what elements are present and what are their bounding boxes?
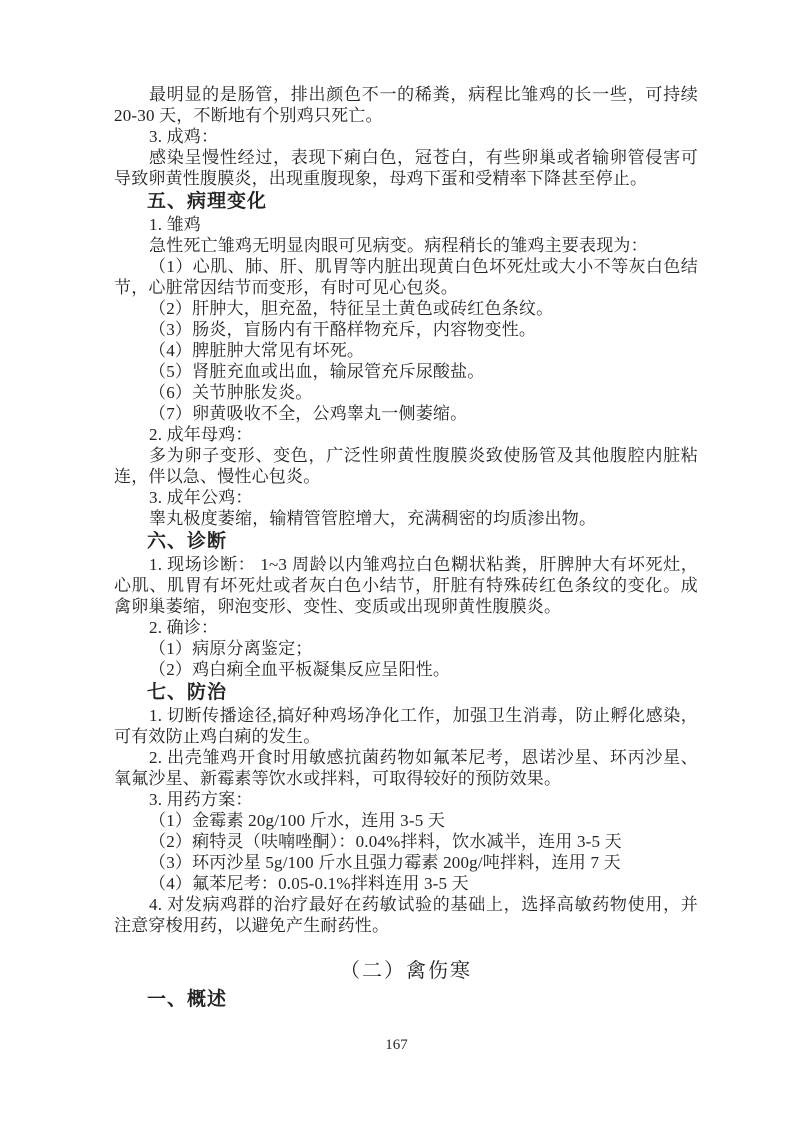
paragraph: 1. 切断传播途径,搞好种鸡场净化工作，加强卫生消毒，防止孵化感染，可有效防止鸡…	[114, 705, 698, 747]
paragraph: （2）鸡白痢全血平板凝集反应呈阳性。	[114, 659, 698, 680]
paragraph: （4）氟苯尼考：0.05-0.1%拌料连用 3-5 天	[114, 873, 698, 894]
document-page: 最明显的是肠管，排出颜色不一的稀粪，病程比雏鸡的长一些，可持续 20-30 天，…	[0, 0, 793, 1122]
page-number: 167	[0, 1036, 793, 1054]
paragraph: （3）肠炎，盲肠内有干酪样物充斥，内容物变性。	[114, 319, 698, 340]
section-heading: 一、概述	[114, 987, 698, 1012]
paragraph: 多为卵子变形、变色，广泛性卵黄性腹膜炎致使肠管及其他腹腔内脏粘连，伴以急、慢性心…	[114, 445, 698, 487]
paragraph: 最明显的是肠管，排出颜色不一的稀粪，病程比雏鸡的长一些，可持续 20-30 天，…	[114, 84, 698, 126]
section-heading: 六、诊断	[114, 529, 698, 554]
paragraph: （1）病原分离鉴定；	[114, 638, 698, 659]
paragraph: 1. 雏鸡	[114, 214, 698, 235]
paragraph: 2. 成年母鸡：	[114, 424, 698, 445]
section-heading: 七、防治	[114, 680, 698, 705]
paragraph: （4）脾脏肿大常见有坏死。	[114, 340, 698, 361]
paragraph: （5）肾脏充血或出血，输尿管充斥尿酸盐。	[114, 361, 698, 382]
paragraph: （6）关节肿胀发炎。	[114, 382, 698, 403]
paragraph: （1）金霉素 20g/100 斤水，连用 3-5 天	[114, 810, 698, 831]
subsection-title: （二）禽伤寒	[114, 958, 698, 984]
paragraph: 3. 用药方案：	[114, 789, 698, 810]
paragraph: 2. 确诊：	[114, 617, 698, 638]
section-heading: 五、病理变化	[114, 189, 698, 214]
paragraph: 4. 对发病鸡群的治疗最好在药敏试验的基础上，选择高敏药物使用，并注意穿梭用药，…	[114, 894, 698, 936]
paragraph: 睾丸极度萎缩，输精管管腔增大，充满稠密的均质渗出物。	[114, 508, 698, 529]
paragraph: （2）痢特灵（呋喃唑酮）：0.04%拌料，饮水减半，连用 3-5 天	[114, 831, 698, 852]
paragraph: 3. 成年公鸡：	[114, 487, 698, 508]
paragraph: （7）卵黄吸收不全，公鸡睾丸一侧萎缩。	[114, 403, 698, 424]
paragraph: （3）环丙沙星 5g/100 斤水且强力霉素 200g/吨拌料，连用 7 天	[114, 852, 698, 873]
paragraph: 急性死亡雏鸡无明显肉眼可见病变。病程稍长的雏鸡主要表现为：	[114, 235, 698, 256]
paragraph: 3. 成鸡：	[114, 126, 698, 147]
paragraph: 感染呈慢性经过，表现下痢白色，冠苍白，有些卵巢或者输卵管侵害可导致卵黄性腹膜炎，…	[114, 147, 698, 189]
paragraph: 2. 出壳雏鸡开食时用敏感抗菌药物如氟苯尼考，恩诺沙星、环丙沙星、氧氟沙星、新霉…	[114, 747, 698, 789]
paragraph: （1）心肌、肺、肝、肌胃等内脏出现黄白色坏死灶或大小不等灰白色结节，心脏常因结节…	[114, 256, 698, 298]
paragraph: 1. 现场诊断： 1~3 周龄以内雏鸡拉白色糊状粘粪，肝脾肿大有坏死灶，心肌、肌…	[114, 554, 698, 617]
document-content: 最明显的是肠管，排出颜色不一的稀粪，病程比雏鸡的长一些，可持续 20-30 天，…	[114, 84, 698, 1012]
paragraph: （2）肝肿大，胆充盈，特征呈土黄色或砖红色条纹。	[114, 298, 698, 319]
